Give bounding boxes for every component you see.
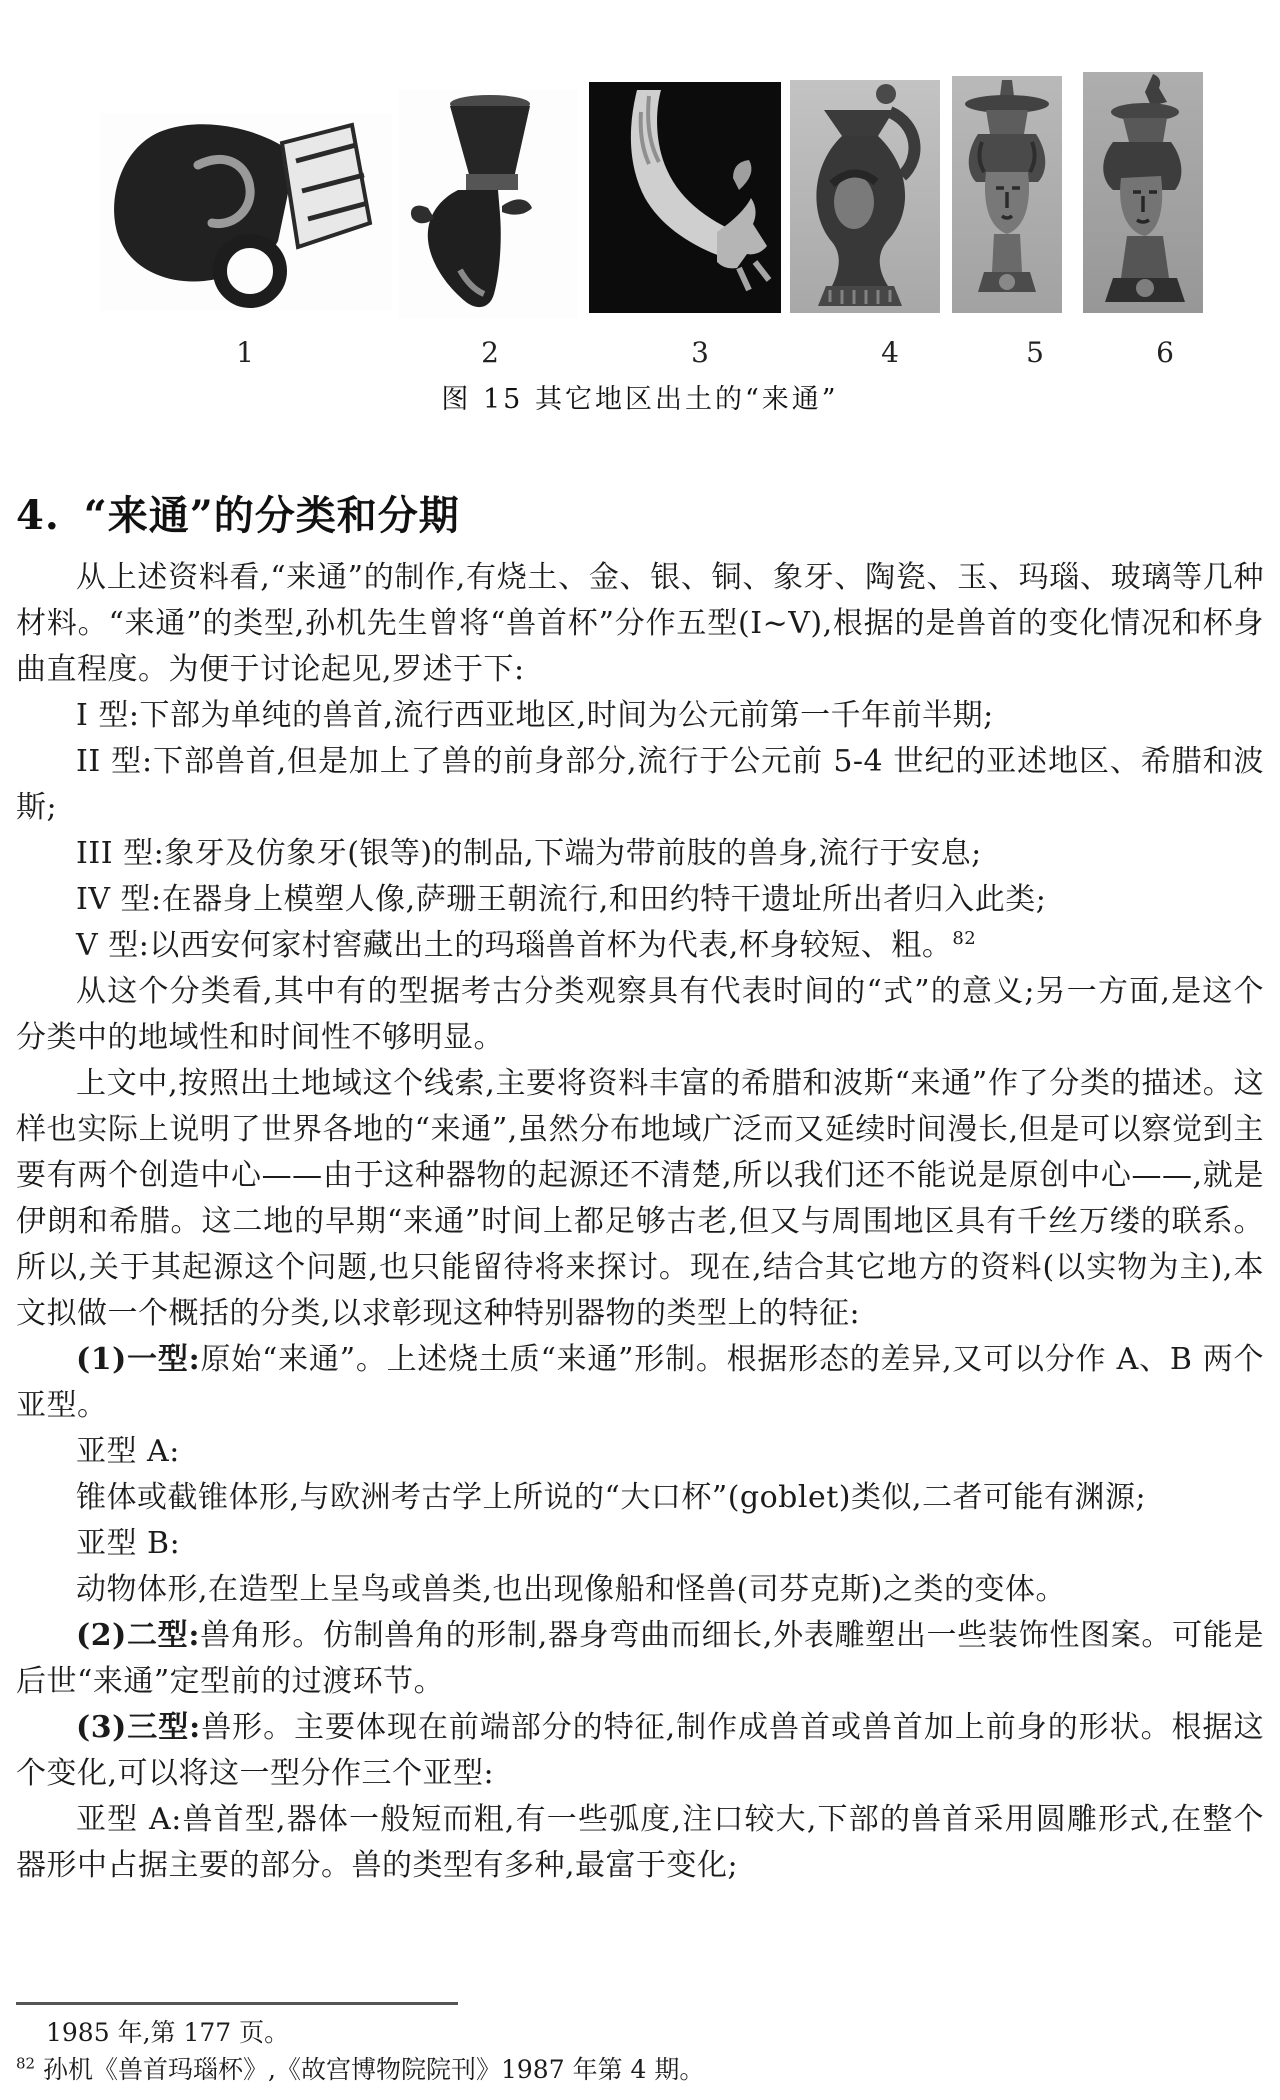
body-paragraph: I 型:下部为单纯的兽首,流行西亚地区,时间为公元前第一千年前半期; [16, 693, 1264, 739]
paragraph-text: 亚型 B: [76, 1526, 180, 1561]
paragraph-text: 亚型 A: [76, 1434, 180, 1469]
body-paragraph: 亚型 A: [16, 1429, 1264, 1475]
head-vase-with-figure-photo [1083, 72, 1203, 313]
body-paragraph: (3)三型:兽形。主要体现在前端部分的特征,制作成兽首或兽首加上前身的形状。根据… [16, 1705, 1264, 1797]
head-vase-with-figure-image [1083, 72, 1203, 313]
paragraph-text: II 型:下部兽首,但是加上了兽的前身部分,流行于公元前 5-4 世纪的亚述地区… [16, 744, 1264, 825]
body-paragraph: 从这个分类看,其中有的型据考古分类观察具有代表时间的“式”的意义;另一方面,是这… [16, 969, 1264, 1061]
paragraph-text: 从上述资料看,“来通”的制作,有烧土、金、银、铜、象牙、陶瓷、玉、玛瑙、玻璃等几… [16, 560, 1264, 687]
bull-head-rhyton-image [398, 90, 578, 318]
horn-rhyton-image [589, 82, 781, 313]
footnote-divider [16, 2002, 458, 2005]
footnote-82: 82 孙机《兽首玛瑙杯》,《故宫博物院院刊》1987 年第 4 期。 [16, 2051, 1264, 2088]
paragraph-text: 兽角形。仿制兽角的形制,器身弯曲而细长,外表雕塑出一些装饰性图案。可能是后世“来… [16, 1618, 1264, 1699]
footnote-area: 1985 年,第 177 页。 82 孙机《兽首玛瑙杯》,《故宫博物院院刊》19… [16, 2002, 1264, 2088]
figure-15: 1 2 3 4 5 6 图 15 其它地区出土的“来通” [0, 0, 1280, 465]
figure-item-number-6: 6 [1143, 336, 1187, 369]
section-title: “来通”的分类和分期 [84, 492, 460, 539]
ram-head-cup-photo [100, 113, 392, 311]
type-3-label: (3)三型: [76, 1710, 201, 1745]
paragraph-text: 上文中,按照出土地域这个线索,主要将资料丰富的希腊和波斯“来通”作了分类的描述。… [16, 1066, 1264, 1331]
figure-item-number-3: 3 [678, 336, 722, 369]
figure-item-number-5: 5 [1013, 336, 1057, 369]
body-paragraph: 亚型 A:兽首型,器体一般短而粗,有一些弧度,注口较大,下部的兽首采用圆雕形式,… [16, 1797, 1264, 1889]
paragraph-text: III 型:象牙及仿象牙(银等)的制品,下端为带前肢的兽身,流行于安息; [76, 836, 982, 871]
paragraph-text: IV 型:在器身上模塑人像,萨珊王朝流行,和田约特干遗址所出者归入此类; [76, 882, 1046, 917]
section-content: 4.“来通”的分类和分期 从上述资料看,“来通”的制作,有烧土、金、银、铜、象牙… [0, 465, 1280, 1889]
footnote-text: 1985 年,第 177 页。 [46, 2018, 289, 2047]
figure-item-number-2: 2 [468, 336, 512, 369]
paragraph-text: I 型:下部为单纯的兽首,流行西亚地区,时间为公元前第一千年前半期; [76, 698, 994, 733]
footnote-text: 孙机《兽首玛瑙杯》,《故宫博物院院刊》1987 年第 4 期。 [43, 2055, 704, 2084]
paragraph-text: 锥体或截锥体形,与欧洲考古学上所说的“大口杯”(goblet)类似,二者可能有渊… [76, 1480, 1146, 1515]
body-paragraph: (2)二型:兽角形。仿制兽角的形制,器身弯曲而细长,外表雕塑出一些装饰性图案。可… [16, 1613, 1264, 1705]
figure-item-number-4: 4 [868, 336, 912, 369]
body-paragraph: III 型:象牙及仿象牙(银等)的制品,下端为带前肢的兽身,流行于安息; [16, 831, 1264, 877]
body-paragraph: II 型:下部兽首,但是加上了兽的前身部分,流行于公元前 5-4 世纪的亚述地区… [16, 739, 1264, 831]
paragraph-text: 动物体形,在造型上呈鸟或兽类,也出现像船和怪兽(司芬克斯)之类的变体。 [76, 1572, 1066, 1607]
body-paragraph: 动物体形,在造型上呈鸟或兽类,也出现像船和怪兽(司芬克斯)之类的变体。 [16, 1567, 1264, 1613]
type-2-label: (2)二型: [76, 1618, 200, 1653]
body-text: 从上述资料看,“来通”的制作,有烧土、金、银、铜、象牙、陶瓷、玉、玛瑙、玻璃等几… [16, 555, 1264, 1889]
female-head-vase-photo [952, 76, 1062, 313]
head-ewer-photo [790, 80, 940, 313]
body-paragraph: (1)一型:原始“来通”。上述烧土质“来通”形制。根据形态的差异,又可以分作 A… [16, 1337, 1264, 1429]
document-page: 1 2 3 4 5 6 图 15 其它地区出土的“来通” 4.“来通”的分类和分… [0, 0, 1280, 2100]
paragraph-text: 亚型 A:兽首型,器体一般短而粗,有一些弧度,注口较大,下部的兽首采用圆雕形式,… [16, 1802, 1264, 1883]
horn-rhyton-photo [589, 82, 781, 313]
body-paragraph: 锥体或截锥体形,与欧洲考古学上所说的“大口杯”(goblet)类似,二者可能有渊… [16, 1475, 1264, 1521]
paragraph-text: 从这个分类看,其中有的型据考古分类观察具有代表时间的“式”的意义;另一方面,是这… [16, 974, 1264, 1055]
body-paragraph: 从上述资料看,“来通”的制作,有烧土、金、银、铜、象牙、陶瓷、玉、玛瑙、玻璃等几… [16, 555, 1264, 693]
footnote-reference-82: 82 [952, 928, 976, 949]
paragraph-text: V 型:以西安何家村窖藏出土的玛瑙兽首杯为代表,杯身较短、粗。 [76, 928, 952, 963]
figure-caption: 图 15 其它地区出土的“来通” [0, 377, 1280, 416]
body-paragraph: 亚型 B: [16, 1521, 1264, 1567]
head-ewer-image [790, 80, 940, 313]
body-paragraph: 上文中,按照出土地域这个线索,主要将资料丰富的希腊和波斯“来通”作了分类的描述。… [16, 1061, 1264, 1337]
footnote-continuation: 1985 年,第 177 页。 [16, 2014, 1264, 2051]
footnote-marker: 82 [16, 2055, 35, 2073]
paragraph-text: 原始“来通”。上述烧土质“来通”形制。根据形态的差异,又可以分作 A、B 两个亚… [16, 1342, 1264, 1423]
female-head-vase-image [952, 76, 1062, 313]
type-1-label: (1)一型: [76, 1342, 200, 1377]
body-paragraph: IV 型:在器身上模塑人像,萨珊王朝流行,和田约特干遗址所出者归入此类; [16, 877, 1264, 923]
body-paragraph: V 型:以西安何家村窖藏出土的玛瑙兽首杯为代表,杯身较短、粗。82 [16, 923, 1264, 969]
ram-head-cup-image [100, 113, 392, 311]
section-heading: 4.“来通”的分类和分期 [16, 491, 1264, 541]
paragraph-text: 兽形。主要体现在前端部分的特征,制作成兽首或兽首加上前身的形状。根据这个变化,可… [16, 1710, 1264, 1791]
bull-head-rhyton-photo [398, 90, 578, 318]
figure-item-number-1: 1 [223, 336, 267, 369]
section-number: 4. [16, 492, 60, 539]
